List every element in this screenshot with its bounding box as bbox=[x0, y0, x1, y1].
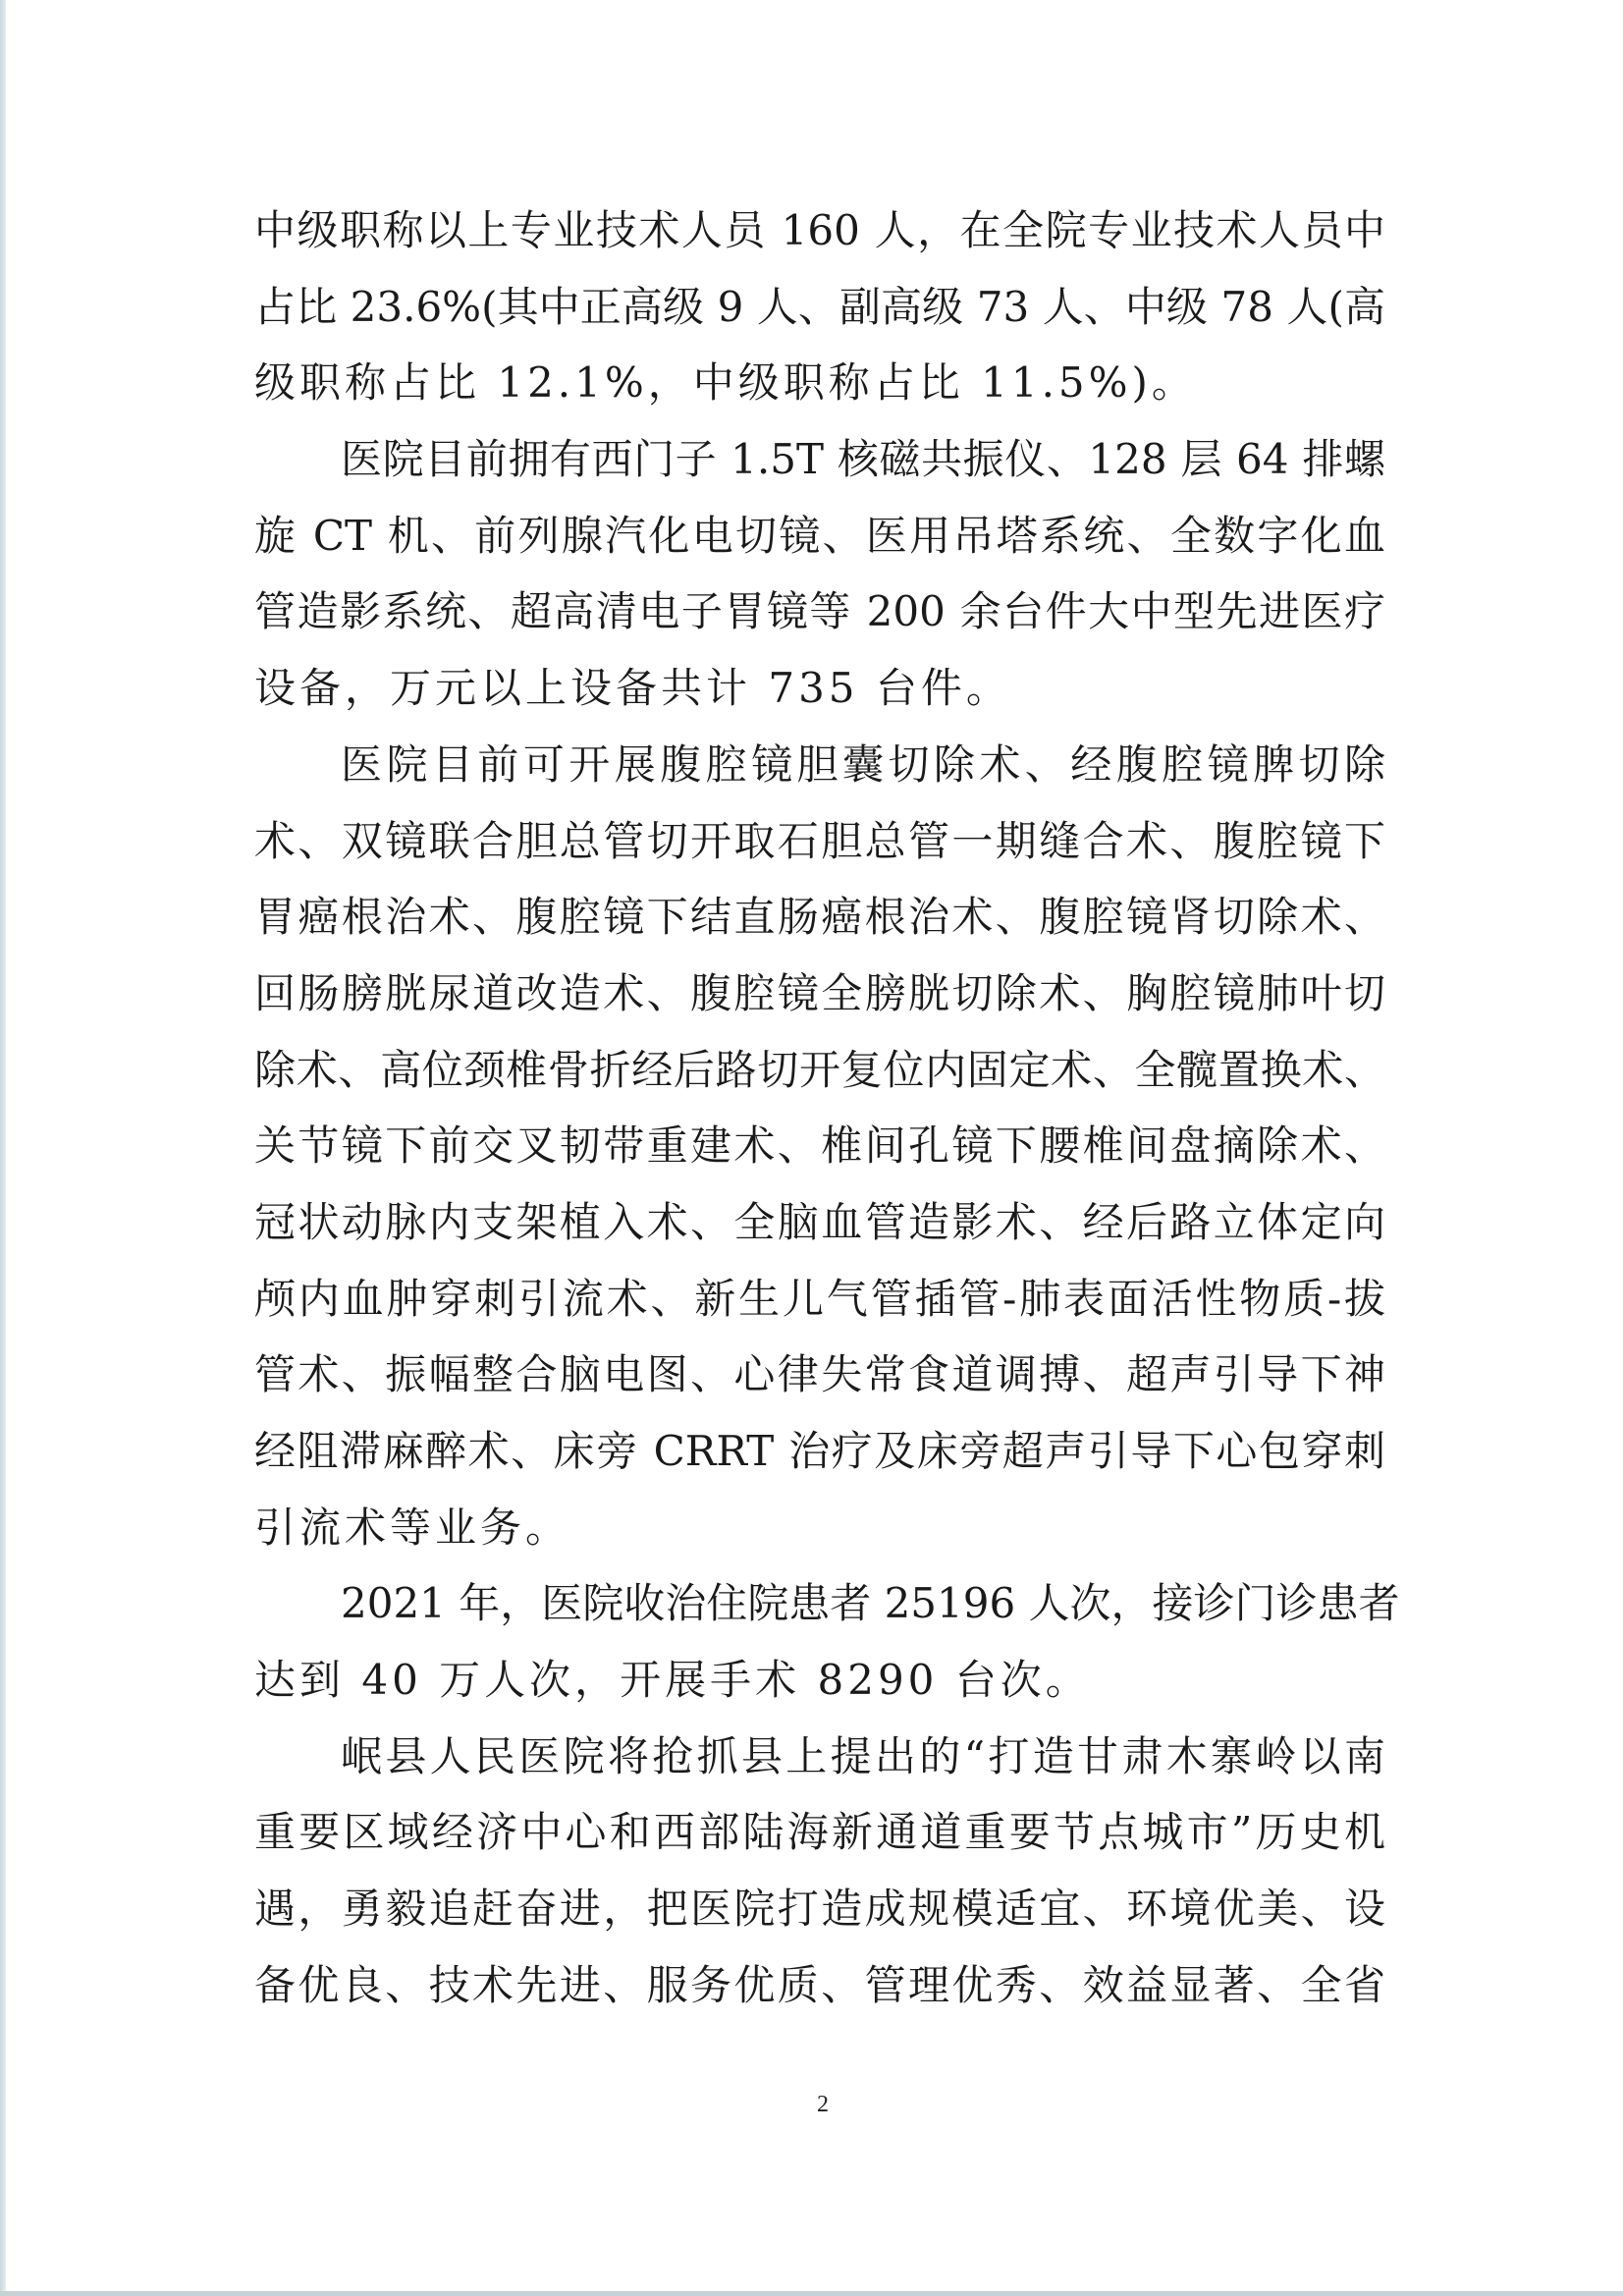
text-line: 旋 CT 机、前列腺汽化电切镜、医用吊塔系统、全数字化血 bbox=[254, 498, 1385, 574]
document-page: 中级职称以上专业技术人员 160 人，在全院专业技术人员中 占比 23.6%(其… bbox=[0, 0, 1623, 2296]
page-number: 2 bbox=[811, 2092, 835, 2118]
text-line: 引流术等业务。 bbox=[254, 1490, 1385, 1566]
text-line: 关节镜下前交叉韧带重建术、椎间孔镜下腰椎间盘摘除术、 bbox=[254, 1108, 1385, 1184]
text-line: 除术、高位颈椎骨折经后路切开复位内固定术、全髋置换术、 bbox=[254, 1032, 1385, 1109]
paragraph-equipment: 医院目前拥有西门子 1.5T 核磁共振仪、128 层 64 排螺 旋 CT 机、… bbox=[254, 421, 1385, 727]
text-line: 胃癌根治术、腹腔镜下结直肠癌根治术、腹腔镜肾切除术、 bbox=[254, 879, 1385, 956]
text-line: 冠状动脉内支架植入术、全脑血管造影术、经后路立体定向 bbox=[254, 1184, 1385, 1261]
text-line: 占比 23.6%(其中正高级 9 人、副高级 73 人、中级 78 人(高 bbox=[254, 269, 1385, 346]
text-line: 达到 40 万人次，开展手术 8290 台次。 bbox=[254, 1642, 1385, 1719]
paragraph-procedures: 医院目前可开展腹腔镜胆囊切除术、经腹腔镜脾切除 术、双镜联合胆总管切开取石胆总管… bbox=[254, 727, 1385, 1566]
text-line: 医院目前拥有西门子 1.5T 核磁共振仪、128 层 64 排螺 bbox=[254, 421, 1385, 498]
text-line: 2021 年，医院收治住院患者 25196 人次，接诊门诊患者 bbox=[254, 1565, 1385, 1642]
text-line: 中级职称以上专业技术人员 160 人，在全院专业技术人员中 bbox=[254, 192, 1385, 269]
text-line: 管术、振幅整合脑电图、心律失常食道调搏、超声引导下神 bbox=[254, 1337, 1385, 1413]
paragraph-development-goals: 岷县人民医院将抢抓县上提出的“打造甘肃木寨岭以南 重要区域经济中心和西部陆海新通… bbox=[254, 1719, 1385, 2024]
text-line: 备优良、技术先进、服务优质、管理优秀、效益显著、全省 bbox=[254, 1947, 1385, 2024]
scan-edge-left bbox=[0, 0, 6, 2296]
paragraph-2021-statistics: 2021 年，医院收治住院患者 25196 人次，接诊门诊患者 达到 40 万人… bbox=[254, 1565, 1385, 1718]
text-line: 经阻滞麻醉术、床旁 CRRT 治疗及床旁超声引导下心包穿刺 bbox=[254, 1413, 1385, 1490]
text-line: 回肠膀胱尿道改造术、腹腔镜全膀胱切除术、胸腔镜肺叶切 bbox=[254, 956, 1385, 1032]
paragraph-staff: 中级职称以上专业技术人员 160 人，在全院专业技术人员中 占比 23.6%(其… bbox=[254, 192, 1385, 421]
text-line: 级职称占比 12.1%，中级职称占比 11.5%)。 bbox=[254, 345, 1385, 421]
document-body: 中级职称以上专业技术人员 160 人，在全院专业技术人员中 占比 23.6%(其… bbox=[254, 192, 1385, 2024]
text-line: 颅内血肿穿刺引流术、新生儿气管插管-肺表面活性物质-拔 bbox=[254, 1261, 1385, 1338]
text-line: 管造影系统、超高清电子胃镜等 200 余台件大中型先进医疗 bbox=[254, 574, 1385, 650]
scan-edge-bottom bbox=[0, 2291, 1623, 2296]
text-line: 医院目前可开展腹腔镜胆囊切除术、经腹腔镜脾切除 bbox=[254, 727, 1385, 803]
text-line: 遇，勇毅追赶奋进，把医院打造成规模适宜、环境优美、设 bbox=[254, 1871, 1385, 1947]
text-line: 设备，万元以上设备共计 735 台件。 bbox=[254, 650, 1385, 727]
text-line: 重要区域经济中心和西部陆海新通道重要节点城市”历史机 bbox=[254, 1794, 1385, 1871]
text-line: 术、双镜联合胆总管切开取石胆总管一期缝合术、腹腔镜下 bbox=[254, 803, 1385, 880]
text-line: 岷县人民医院将抢抓县上提出的“打造甘肃木寨岭以南 bbox=[254, 1719, 1385, 1795]
